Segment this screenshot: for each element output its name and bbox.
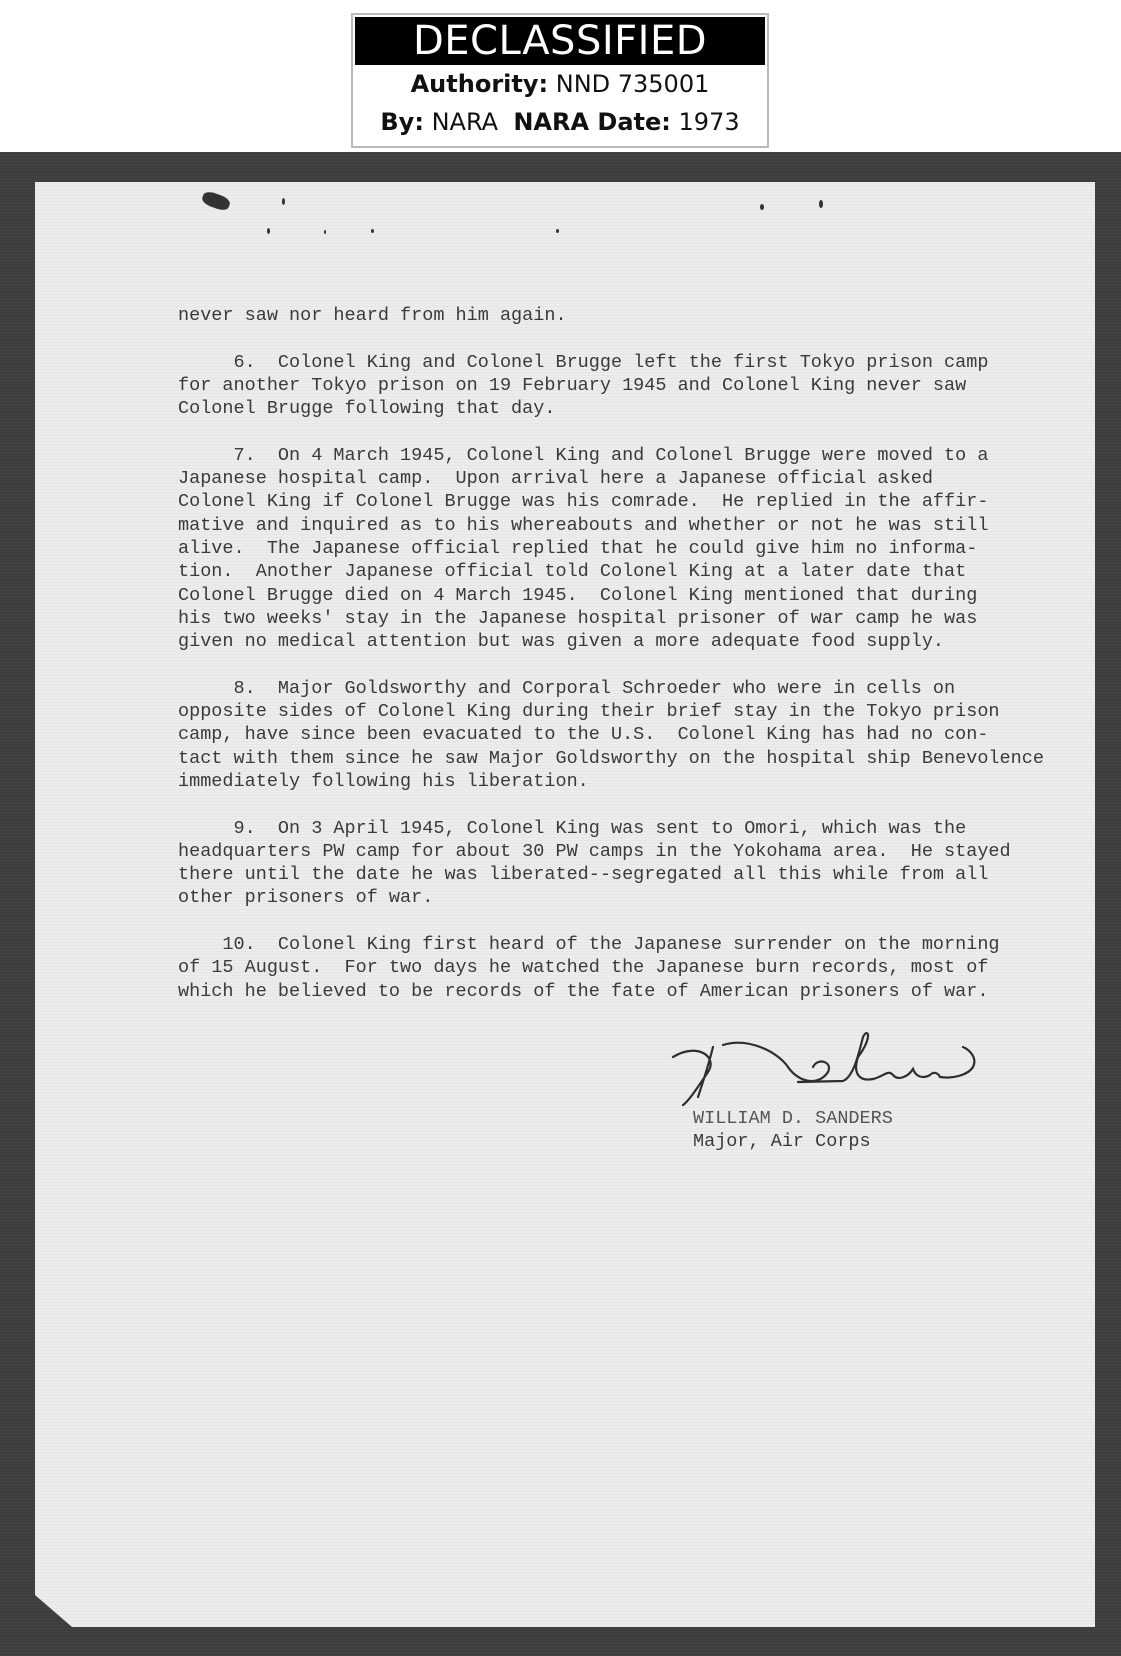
- text-line: tion. Another Japanese official told Col…: [178, 560, 1078, 583]
- text-line: Colonel King if Colonel Brugge was his c…: [178, 490, 1078, 513]
- ink-speck: [819, 200, 823, 208]
- signer-name: WILLIAM D. SANDERS: [693, 1108, 893, 1129]
- text-line: which he believed to be records of the f…: [178, 980, 1078, 1003]
- stamp-authority: Authority: NND 735001: [353, 65, 767, 103]
- text-line: given no medical attention but was given…: [178, 630, 1078, 653]
- text-line: other prisoners of war.: [178, 886, 1078, 909]
- paragraph: 9. On 3 April 1945, Colonel King was sen…: [178, 817, 1078, 910]
- text-line: Colonel Brugge died on 4 March 1945. Col…: [178, 584, 1078, 607]
- stamp-by-date: By: NARA NARA Date: 1973: [353, 103, 767, 141]
- text-line: Japanese hospital camp. Upon arrival her…: [178, 467, 1078, 490]
- text-line: for another Tokyo prison on 19 February …: [178, 374, 1078, 397]
- paragraph: 6. Colonel King and Colonel Brugge left …: [178, 351, 1078, 421]
- authority-value: NND 735001: [556, 70, 710, 98]
- text-line: immediately following his liberation.: [178, 770, 1078, 793]
- signature-block: WILLIAM D. SANDERS Major, Air Corps: [693, 1107, 893, 1154]
- paragraph: 8. Major Goldsworthy and Corporal Schroe…: [178, 677, 1078, 793]
- handwritten-signature: [668, 1027, 998, 1107]
- text-line: 8. Major Goldsworthy and Corporal Schroe…: [178, 677, 1078, 700]
- text-line: opposite sides of Colonel King during th…: [178, 700, 1078, 723]
- paragraph: 10. Colonel King first heard of the Japa…: [178, 933, 1078, 1003]
- paragraph: 7. On 4 March 1945, Colonel King and Col…: [178, 444, 1078, 654]
- declassified-stamp: DECLASSIFIED Authority: NND 735001 By: N…: [351, 13, 769, 148]
- by-value: NARA: [432, 108, 499, 136]
- ink-speck: [267, 228, 270, 234]
- ink-speck: [556, 229, 559, 233]
- text-line: tact with them since he saw Major Goldsw…: [178, 747, 1078, 770]
- date-value: 1973: [679, 108, 740, 136]
- text-line: 9. On 3 April 1945, Colonel King was sen…: [178, 817, 1078, 840]
- authority-label: Authority:: [411, 70, 548, 98]
- ink-speck: [282, 198, 285, 205]
- text-line: of 15 August. For two days he watched th…: [178, 956, 1078, 979]
- text-line: Colonel Brugge following that day.: [178, 397, 1078, 420]
- ink-speck: [760, 204, 764, 210]
- stamp-title: DECLASSIFIED: [355, 17, 765, 65]
- date-label: NARA Date:: [513, 108, 671, 136]
- by-label: By:: [380, 108, 424, 136]
- text-line: headquarters PW camp for about 30 PW cam…: [178, 840, 1078, 863]
- signer-title: Major, Air Corps: [693, 1131, 871, 1152]
- text-line: never saw nor heard from him again.: [178, 304, 1078, 327]
- text-line: camp, have since been evacuated to the U…: [178, 723, 1078, 746]
- paragraph: never saw nor heard from him again.: [178, 304, 1078, 327]
- ink-speck: [324, 230, 326, 234]
- text-line: alive. The Japanese official replied tha…: [178, 537, 1078, 560]
- text-line: 10. Colonel King first heard of the Japa…: [178, 933, 1078, 956]
- ink-speck: [371, 229, 374, 233]
- scanned-page-background: never saw nor heard from him again. 6. C…: [0, 152, 1121, 1656]
- ink-blot: [200, 190, 231, 213]
- text-line: 6. Colonel King and Colonel Brugge left …: [178, 351, 1078, 374]
- document-paper: never saw nor heard from him again. 6. C…: [35, 182, 1095, 1627]
- document-body: never saw nor heard from him again. 6. C…: [178, 304, 1078, 1026]
- text-line: mative and inquired as to his whereabout…: [178, 514, 1078, 537]
- text-line: his two weeks' stay in the Japanese hosp…: [178, 607, 1078, 630]
- text-line: there until the date he was liberated--s…: [178, 863, 1078, 886]
- text-line: 7. On 4 March 1945, Colonel King and Col…: [178, 444, 1078, 467]
